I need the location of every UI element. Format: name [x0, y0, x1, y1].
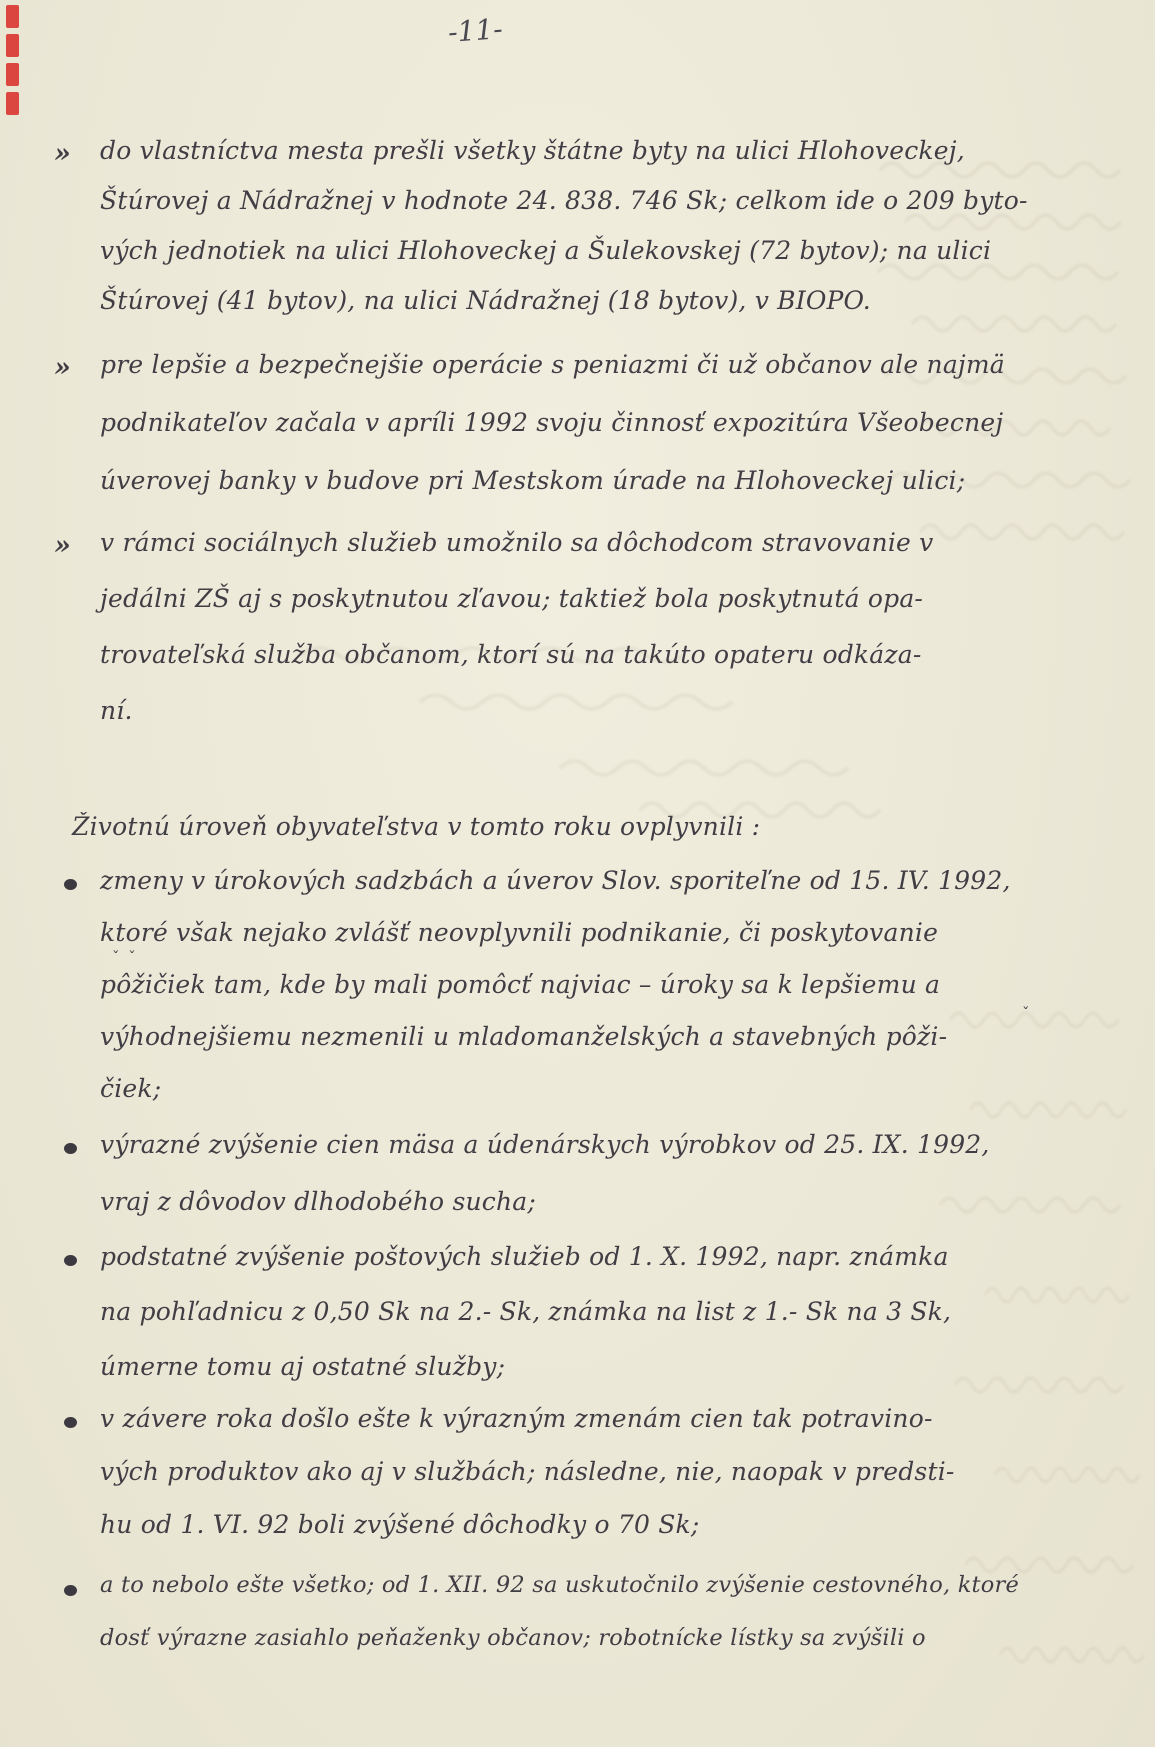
bullet-item-interest-rates: zmeny v úrokových sadzbách a úverov Slov…	[100, 866, 1011, 1126]
bullet-item-travel-fares: a to nebolo ešte všetko; od 1. XII. 92 s…	[100, 1572, 1019, 1678]
handwritten-line: na pohľadnicu z 0,50 Sk na 2.- Sk, známk…	[100, 1297, 951, 1352]
handwritten-line: do vlastníctva mesta prešli všetky štátn…	[100, 136, 1028, 186]
bullet-item-meat-prices: výrazné zvýšenie cien mäsa a údenárskych…	[100, 1130, 990, 1244]
bullet-dot	[64, 1143, 77, 1154]
ghost-stroke	[920, 525, 1124, 539]
bullet-item-price-changes: v závere roka došlo ešte k výrazným zmen…	[100, 1404, 955, 1563]
handwritten-line: výrazné zvýšenie cien mäsa a údenárskych…	[100, 1130, 990, 1187]
handwritten-line: vých jednotiek na ulici Hlohoveckej a Šu…	[100, 236, 1028, 286]
handwritten-line: pôžičiek tam, kde by mali pomôcť najviac…	[100, 970, 1011, 1022]
handwritten-line: Štúrovej (41 bytov), na ulici Nádražnej …	[100, 286, 1028, 336]
handwritten-line: hu od 1. VI. 92 boli zvýšené dôchodky o …	[100, 1510, 955, 1563]
handwritten-line: výhodnejšiemu nezmenili u mladomanželský…	[100, 1022, 1011, 1074]
red-edge-mark	[6, 5, 19, 28]
handwritten-line: úverovej banky v budove pri Mestskom úra…	[100, 466, 1005, 524]
handwritten-line: podnikateľov začala v apríli 1992 svoju …	[100, 408, 1005, 466]
arrow-item-bank: » pre lepšie a bezpečnejšie operácie s p…	[100, 350, 1005, 524]
ghost-stroke	[965, 1558, 1133, 1572]
handwritten-line: ktoré však nejako zvlášť neovplyvnili po…	[100, 918, 1011, 970]
chevron-bullet: »	[51, 352, 71, 383]
handwritten-line: vých produktov ako aj v službách; násled…	[100, 1457, 955, 1510]
ghost-stroke	[985, 1288, 1129, 1302]
handwritten-line: zmeny v úrokových sadzbách a úverov Slov…	[100, 866, 1011, 918]
bullet-dot	[64, 879, 77, 890]
arrow-item-housing: » do vlastníctva mesta prešli všetky štá…	[100, 136, 1028, 336]
handwritten-line: podstatné zvýšenie poštových služieb od …	[100, 1242, 951, 1297]
chevron-bullet: »	[51, 138, 71, 169]
ghost-stroke	[560, 761, 848, 775]
handwritten-line: v závere roka došlo ešte k výrazným zmen…	[100, 1404, 955, 1457]
arrow-item-social-services: » v rámci sociálnych služieb umožnilo sa…	[100, 528, 933, 752]
scanned-document-page: -11- » do vlastníctva mesta prešli všetk…	[0, 0, 1155, 1747]
diacritic-correction: ˇ ˇ	[112, 948, 138, 966]
handwritten-line: ní.	[100, 696, 933, 752]
section-heading: Životnú úroveň obyvateľstva v tomto roku…	[72, 812, 760, 841]
handwritten-line: úmerne tomu aj ostatné služby;	[100, 1352, 951, 1407]
chevron-bullet: »	[51, 530, 71, 561]
handwritten-line: pre lepšie a bezpečnejšie operácie s pen…	[100, 350, 1005, 408]
handwritten-line: vraj z dôvodov dlhodobého sucha;	[100, 1187, 990, 1244]
bullet-dot	[64, 1585, 77, 1596]
handwritten-line: jedálni ZŠ aj s poskytnutou zľavou; takt…	[100, 584, 933, 640]
bullet-dot	[64, 1255, 77, 1266]
handwritten-line: Štúrovej a Nádražnej v hodnote 24. 838. …	[100, 186, 1028, 236]
bullet-item-postal-services: podstatné zvýšenie poštových služieb od …	[100, 1242, 951, 1407]
diacritic-correction: ˇ	[1022, 1004, 1032, 1022]
handwritten-line: dosť výrazne zasiahlo peňaženky občanov;…	[100, 1625, 1019, 1678]
ghost-stroke	[995, 1468, 1139, 1482]
red-edge-mark	[6, 34, 19, 57]
red-edge-mark	[6, 92, 19, 115]
bullet-dot	[64, 1417, 77, 1428]
handwritten-line: a to nebolo ešte všetko; od 1. XII. 92 s…	[100, 1572, 1019, 1625]
handwritten-line: trovateľská služba občanom, ktorí sú na …	[100, 640, 933, 696]
page-number: -11-	[447, 12, 504, 49]
handwritten-line: čiek;	[100, 1074, 1011, 1126]
handwritten-line: v rámci sociálnych služieb umožnilo sa d…	[100, 528, 933, 584]
red-edge-mark	[6, 63, 19, 86]
ghost-stroke	[955, 1378, 1123, 1392]
ghost-stroke	[1000, 1648, 1144, 1662]
